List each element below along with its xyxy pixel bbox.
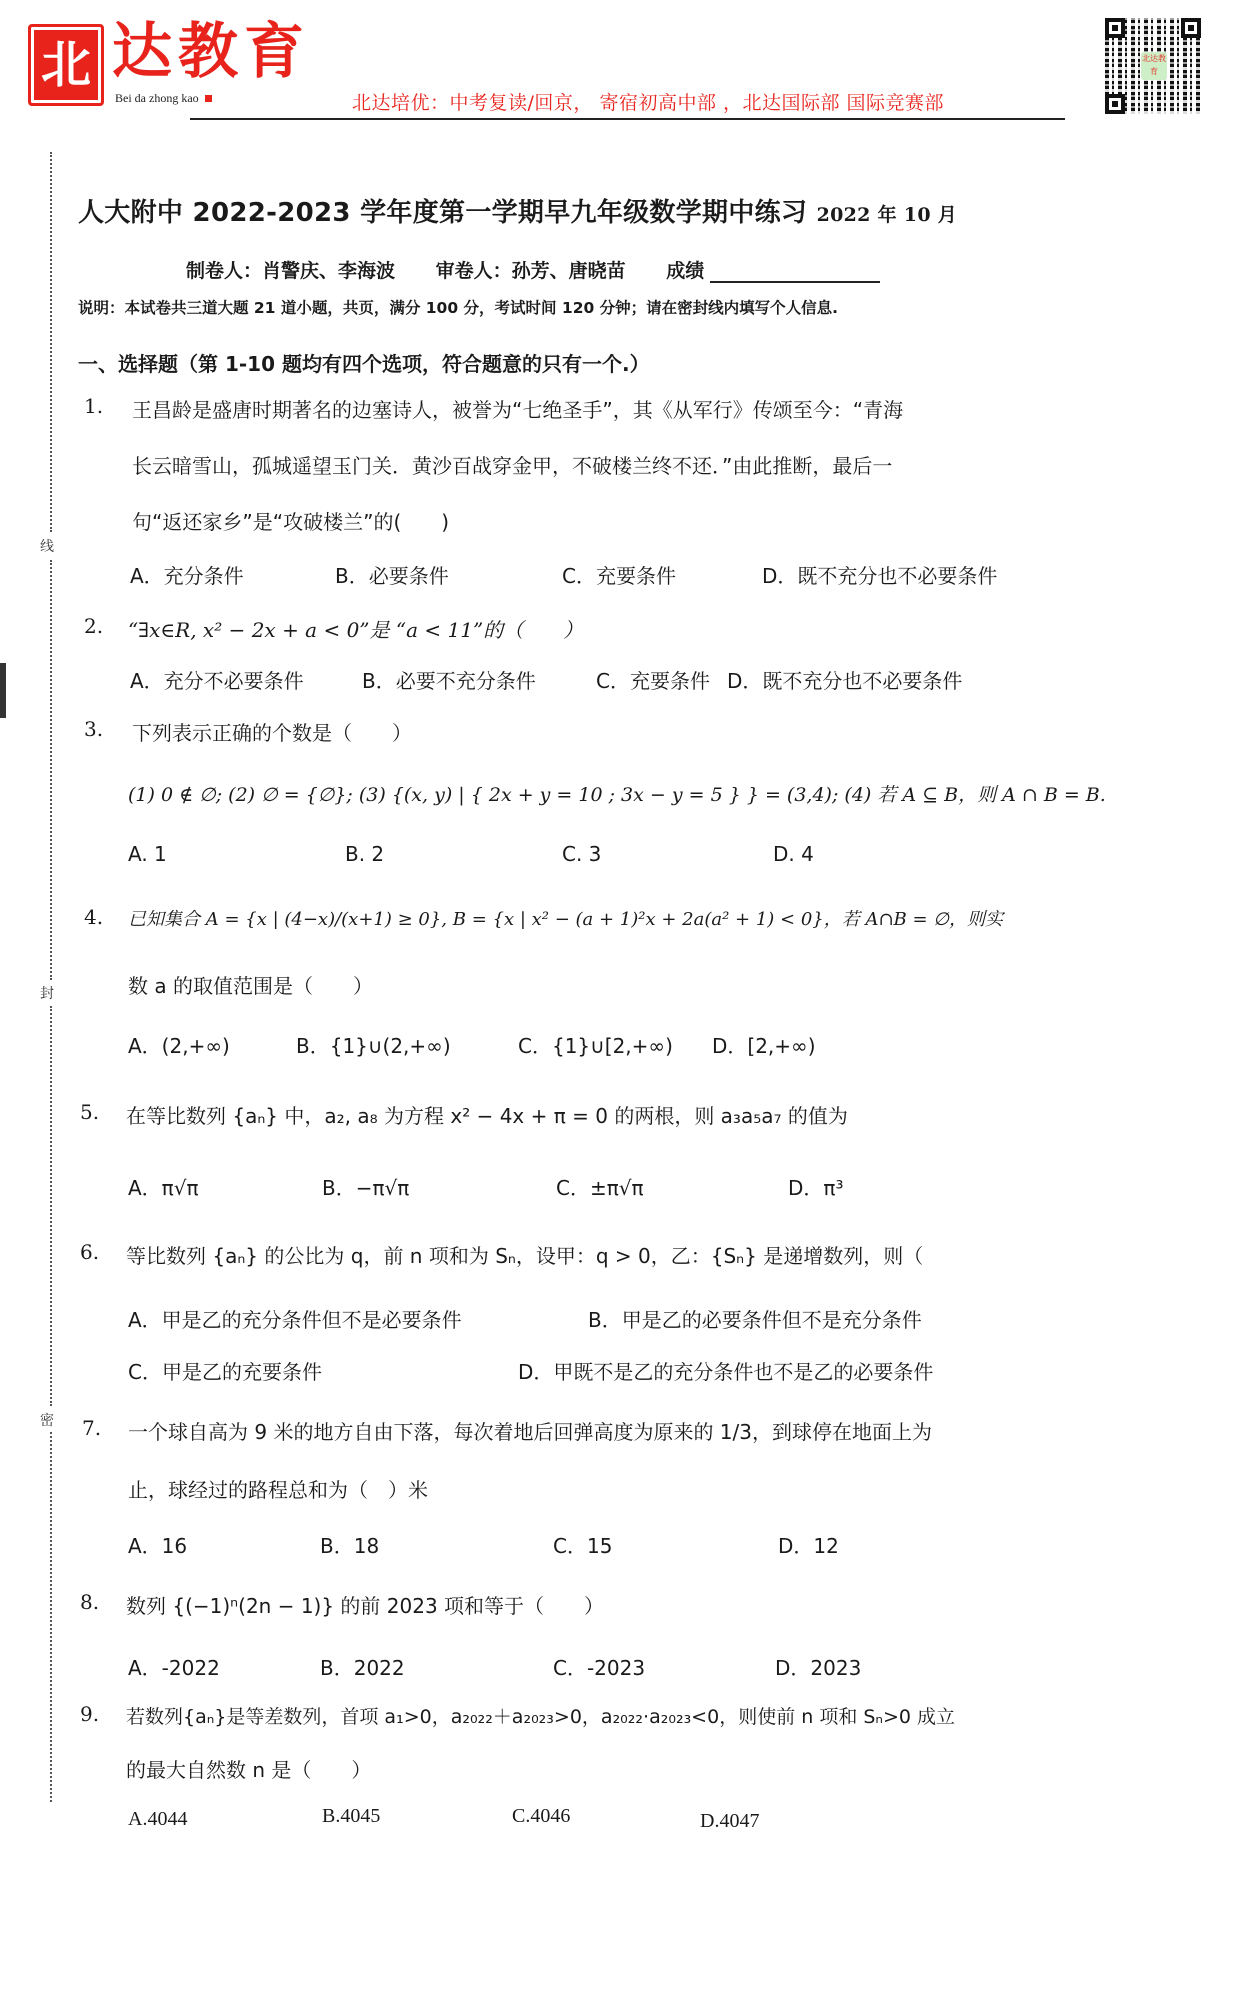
option-c: C．甲是乙的充要条件	[128, 1356, 322, 1385]
reviewer-label: 审卷人：孙芳、唐晓苗	[436, 260, 626, 282]
scan-artifact	[0, 663, 6, 718]
binding-mark: 封	[40, 983, 54, 1003]
option-b: B．{1}∪(2,+∞)	[296, 1030, 451, 1059]
logo-text: 达教育	[112, 22, 310, 82]
option-d: D．2023	[775, 1652, 861, 1681]
setter-label: 制卷人：肖警庆、李海波	[186, 260, 395, 282]
option-a: A．-2022	[128, 1652, 220, 1681]
option-b: B.4045	[322, 1805, 380, 1828]
section-heading: 一、选择题（第 1-10 题均有四个选项，符合题意的只有一个.）	[78, 348, 650, 377]
qr-finder-icon	[1105, 18, 1125, 38]
option-c: C．充要条件	[596, 665, 710, 694]
option-d: D.4047	[700, 1810, 759, 1833]
option-c: C．{1}∪[2,+∞)	[518, 1030, 673, 1059]
question-number: 2.	[84, 614, 103, 638]
question-text: 下列表示正确的个数是（ ）	[132, 717, 412, 746]
red-square-icon	[205, 95, 212, 102]
option-c: C．-2023	[553, 1652, 645, 1681]
option-a: A. 1	[128, 842, 167, 866]
question-text: 等比数列 {aₙ} 的公比为 q，前 n 项和为 Sₙ，设甲：q > 0，乙：{…	[126, 1240, 923, 1269]
question-text: 在等比数列 {aₙ} 中，a₂, a₈ 为方程 x² − 4x + π = 0 …	[126, 1100, 848, 1129]
binding-line	[50, 1006, 52, 1406]
brand-logo-icon: 北	[28, 24, 104, 106]
option-b: B．18	[320, 1530, 379, 1559]
option-d: D．甲既不是乙的充分条件也不是乙的必要条件	[518, 1356, 933, 1385]
option-d: D. 4	[773, 842, 814, 866]
question-text: 若数列{aₙ}是等差数列，首项 a₁>0，a₂₀₂₂＋a₂₀₂₃>0，a₂₀₂₂…	[126, 1702, 955, 1729]
exam-instructions: 说明：本试卷共三道大题 21 道小题，共页，满分 100 分，考试时间 120 …	[78, 296, 838, 318]
score-blank	[710, 263, 880, 283]
logo-glyph: 北	[41, 40, 91, 90]
question-number: 5.	[80, 1100, 99, 1124]
binding-line	[50, 560, 52, 980]
option-c: C.4046	[512, 1805, 570, 1828]
option-d: D．既不充分也不必要条件	[762, 560, 997, 589]
option-d: D．[2,+∞)	[712, 1030, 816, 1059]
question-text: 数列 {(−1)ⁿ(2n − 1)} 的前 2023 项和等于（ ）	[126, 1590, 604, 1619]
option-b: B．2022	[320, 1652, 405, 1681]
option-d: D．12	[778, 1530, 839, 1559]
option-a: A.4044	[128, 1808, 187, 1831]
qr-finder-icon	[1105, 94, 1125, 114]
option-b: B. 2	[345, 842, 384, 866]
option-a: A．(2,+∞)	[128, 1030, 230, 1059]
option-b: B．必要不充分条件	[362, 665, 536, 694]
option-c: C．15	[553, 1530, 612, 1559]
question-number: 9.	[80, 1702, 99, 1726]
logo-subtitle-text: Bei da zhong kao	[115, 91, 199, 105]
qr-center-logo: 北达教育	[1141, 52, 1167, 80]
question-text: 王昌龄是盛唐时期著名的边塞诗人，被誉为“七绝圣手”，其《从军行》传颂至今：“青海	[132, 394, 903, 423]
option-a: A．π√π	[128, 1172, 199, 1201]
option-c: C. 3	[562, 842, 601, 866]
option-d: D．π³	[788, 1172, 843, 1201]
binding-mark: 线	[40, 536, 54, 556]
score-label: 成绩	[666, 260, 704, 282]
binding-line	[50, 1432, 52, 1802]
exam-date: 2022 年 10 月	[817, 204, 957, 226]
option-b: B．−π√π	[322, 1172, 409, 1201]
question-text: 已知集合 A = {x | (4−x)/(x+1) ≥ 0}, B = {x |…	[128, 905, 1003, 931]
exam-authors: 制卷人：肖警庆、李海波 审卷人：孙芳、唐晓苗 成绩	[186, 256, 880, 283]
question-number: 8.	[80, 1590, 99, 1614]
binding-line	[50, 152, 52, 532]
question-number: 7.	[82, 1416, 101, 1440]
exam-title-text: 人大附中 2022-2023 学年度第一学期早九年级数学期中练习	[78, 198, 807, 228]
question-number: 6.	[80, 1240, 99, 1264]
question-text: 数 a 的取值范围是（ ）	[128, 970, 373, 999]
option-d: D．既不充分也不必要条件	[727, 665, 962, 694]
option-b: B．必要条件	[335, 560, 449, 589]
question-text: 的最大自然数 n 是（ ）	[126, 1754, 371, 1783]
header-slogan: 北达培优：中考复读/回京， 寄宿初高中部 ，北达国际部 国际竞赛部	[352, 88, 944, 115]
option-a: A．充分不必要条件	[130, 665, 304, 694]
logo-subtitle: Bei da zhong kao	[115, 91, 212, 106]
question-number: 3.	[84, 717, 103, 741]
exam-title: 人大附中 2022-2023 学年度第一学期早九年级数学期中练习 2022 年 …	[78, 192, 957, 229]
qr-finder-icon	[1181, 18, 1201, 38]
question-text: 句“返还家乡”是“攻破楼兰”的( )	[132, 506, 449, 535]
qr-code-icon: 北达教育	[1103, 16, 1203, 116]
option-c: C．±π√π	[556, 1172, 644, 1201]
option-a: A．充分条件	[130, 560, 244, 589]
question-text: “∃x∈R, x² − 2x + a < 0”是 “a < 11”的（ ）	[128, 614, 583, 643]
question-text: 一个球自高为 9 米的地方自由下落，每次着地后回弹高度为原来的 1/3，到球停在…	[128, 1416, 932, 1445]
question-text: 止，球经过的路程总和为（ ）米	[128, 1474, 428, 1503]
option-b: B．甲是乙的必要条件但不是充分条件	[588, 1304, 922, 1333]
binding-mark: 密	[40, 1410, 54, 1430]
header-divider	[190, 118, 1065, 120]
question-number: 4.	[84, 905, 103, 929]
option-a: A．16	[128, 1530, 187, 1559]
question-formula: (1) 0 ∉ ∅; (2) ∅ = {∅}; (3) {(x, y) | { …	[128, 780, 1106, 807]
option-c: C．充要条件	[562, 560, 676, 589]
question-number: 1.	[84, 394, 103, 418]
option-a: A．甲是乙的充分条件但不是必要条件	[128, 1304, 462, 1333]
question-text: 长云暗雪山，孤城遥望玉门关．黄沙百战穿金甲，不破楼兰终不还．”由此推断，最后一	[132, 450, 892, 479]
